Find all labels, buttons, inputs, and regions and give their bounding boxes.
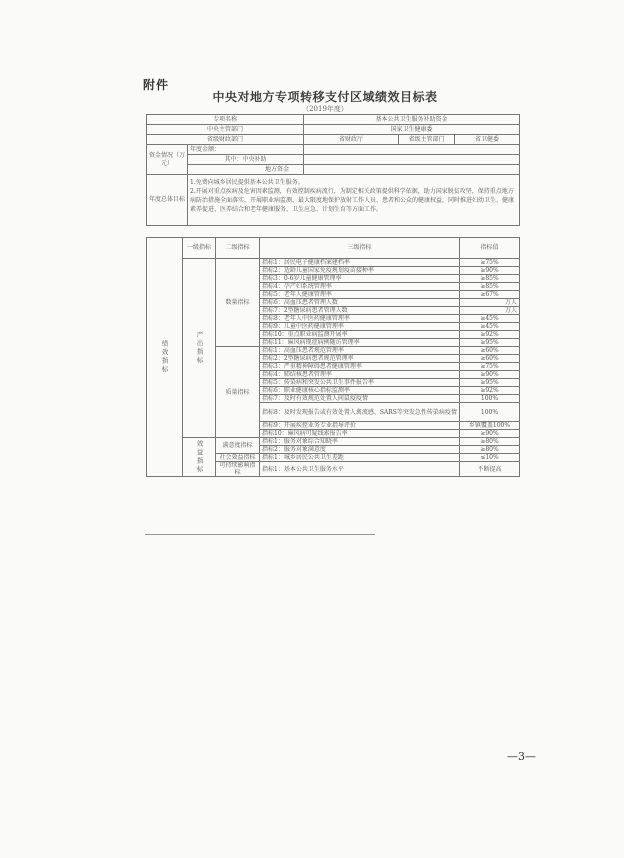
indicator-value: ≥67% — [460, 291, 520, 299]
prov-finance: 省财政厅 — [304, 135, 399, 145]
level3-indicator: 指标5：老年人健康管理率 — [260, 291, 460, 299]
indicator-value: 万人 — [460, 307, 520, 315]
level3-indicator: 指标1：高血压患者规范管理率 — [260, 347, 460, 355]
indicators-table: 绩效指标一级指标二级指标三级指标指标值产出指标数量指标指标1：居民电子健康档案建… — [146, 237, 520, 477]
document-page: 附件 中央对地方专项转移支付区域绩效目标表 （2019年度） 专项名称基本公共卫… — [0, 0, 624, 858]
indicator-value: ≥75% — [460, 363, 520, 371]
indicator-value: ≥90% — [460, 371, 520, 379]
level3-indicator: 指标2：服务对象满意度 — [260, 446, 460, 454]
level2-cell: 社会效益指标 — [216, 454, 260, 462]
level3-header: 三级指标 — [260, 238, 460, 259]
value-header: 指标值 — [460, 238, 520, 259]
level1-header: 一级指标 — [183, 238, 216, 259]
indicator-value: 100% — [460, 395, 520, 403]
indicator-value: 万人 — [460, 299, 520, 307]
document-title: 中央对地方专项转移支付区域绩效目标表 — [130, 88, 520, 105]
indicator-value: 100% — [460, 403, 520, 422]
indicator-value: ≥95% — [460, 379, 520, 387]
level3-indicator: 指标8：及时发现报告或有效处置人禽流感、SARS等突发急性传染病疫情 — [260, 403, 460, 422]
level3-indicator: 指标2：适龄儿童国家免疫规划疫苗接种率 — [260, 267, 460, 275]
central-dept-label: 中央主管部门 — [147, 125, 304, 135]
indicator-value: ≥80% — [460, 446, 520, 454]
page-number: —3— — [507, 750, 536, 763]
level3-indicator: 指标6：职业健康核心指标监测率 — [260, 387, 460, 395]
funds-central-label: 其中：中央补助 — [188, 155, 304, 165]
indicator-value: ≥90% — [460, 267, 520, 275]
goal-label: 年度总体目标 — [147, 175, 188, 226]
indicator-value: ≥75% — [460, 259, 520, 267]
indicator-value: ≥60% — [460, 355, 520, 363]
indicator-value: ≥85% — [460, 275, 520, 283]
indicator-value: ≤10% — [460, 454, 520, 462]
indicator-value: ≥90% — [460, 430, 520, 438]
level3-indicator: 指标11：麻风病现症病例随访管理率 — [260, 339, 460, 347]
prov-finance-label: 省级财政部门 — [147, 135, 304, 145]
prov-dept-label: 省级主管部门 — [399, 135, 455, 145]
indicator-value: ≥80% — [460, 438, 520, 446]
funds-annual-label: 年度金额： — [188, 145, 304, 155]
project-name-label: 专项名称 — [147, 115, 304, 125]
level3-indicator: 指标3：严重精神障碍患者健康管理率 — [260, 363, 460, 371]
level2-cell: 满意度指标 — [216, 438, 260, 454]
level1-cell: 产出指标 — [183, 259, 216, 438]
central-dept: 国家卫生健康委 — [304, 125, 520, 135]
indicator-value: 不断提高 — [460, 462, 520, 477]
level3-indicator: 指标10：重点职业病监测开展率 — [260, 331, 460, 339]
level3-indicator: 指标9：儿童中医药健康管理率 — [260, 323, 460, 331]
funds-local-label: 地方资金 — [188, 165, 304, 175]
indicator-value: ≥92% — [460, 331, 520, 339]
indicator-value: ≥45% — [460, 315, 520, 323]
indicator-value: 乡镇覆盖100% — [460, 422, 520, 430]
level2-cell: 质量指标 — [216, 347, 260, 438]
level3-indicator: 指标9：开展疾控业务专业指导评价 — [260, 422, 460, 430]
level3-indicator: 指标1：服务对象综合知晓率 — [260, 438, 460, 446]
indicator-value: ≥60% — [460, 347, 520, 355]
indicator-value: ≥45% — [460, 323, 520, 331]
indicator-value: ≥92% — [460, 387, 520, 395]
level3-indicator: 指标6：高血压患者管理人数 — [260, 299, 460, 307]
level3-indicator: 指标7：及时有效规范处置人间鼠疫疫情 — [260, 395, 460, 403]
level3-indicator: 指标1：城乡居民公共卫生差距 — [260, 454, 460, 462]
level1-text: 产出指标 — [196, 331, 203, 365]
prov-dept: 省卫健委 — [455, 135, 520, 145]
goal-text: 1.免费向城乡居民提供基本公共卫生服务。 2.开展对重点疾病及危害因素监测，有效… — [188, 175, 520, 226]
side-label-text: 绩效指标 — [161, 340, 169, 374]
level1-text: 效益指标 — [196, 440, 203, 474]
level1-cell: 效益指标 — [183, 438, 216, 477]
level3-indicator: 指标2：2型糖尿病患者规范管理率 — [260, 355, 460, 363]
level3-indicator: 指标3：0-6岁儿童健康管理率 — [260, 275, 460, 283]
level3-indicator: 指标1：基本公共卫生服务水平 — [260, 462, 460, 477]
level3-indicator: 指标7：2型糖尿病患者管理人数 — [260, 307, 460, 315]
table-bottom-rule — [145, 534, 375, 535]
info-table: 专项名称基本公共卫生服务补助资金 中央主管部门国家卫生健康委 省级财政部门省财政… — [146, 114, 520, 226]
level3-indicator: 指标5：传染病和突发公共卫生事件报告率 — [260, 379, 460, 387]
indicators-header-row: 绩效指标一级指标二级指标三级指标指标值 — [147, 238, 520, 259]
level3-indicator: 指标10：麻风病可疑线索报告率 — [260, 430, 460, 438]
level3-indicator: 指标4：肺结核患者管理率 — [260, 371, 460, 379]
level2-header: 二级指标 — [216, 238, 260, 259]
indicator-row: 效益指标满意度指标指标1：服务对象综合知晓率≥80% — [147, 438, 520, 446]
indicator-value: ≥85% — [460, 283, 520, 291]
level3-indicator: 指标1：居民电子健康档案建档率 — [260, 259, 460, 267]
level3-indicator: 指标4：孕产妇系统管理率 — [260, 283, 460, 291]
project-name: 基本公共卫生服务补助资金 — [304, 115, 520, 125]
level3-indicator: 指标8：老年人中医药健康管理率 — [260, 315, 460, 323]
indicator-row: 产出指标数量指标指标1：居民电子健康档案建档率≥75% — [147, 259, 520, 267]
funds-label: 资金情况（万元） — [147, 145, 188, 175]
document-year: （2019年度） — [130, 104, 520, 114]
indicator-value: ≥95% — [460, 339, 520, 347]
performance-indicators-label: 绩效指标 — [147, 238, 183, 477]
level2-cell: 可持续影响指标 — [216, 462, 260, 477]
level2-cell: 数量指标 — [216, 259, 260, 347]
